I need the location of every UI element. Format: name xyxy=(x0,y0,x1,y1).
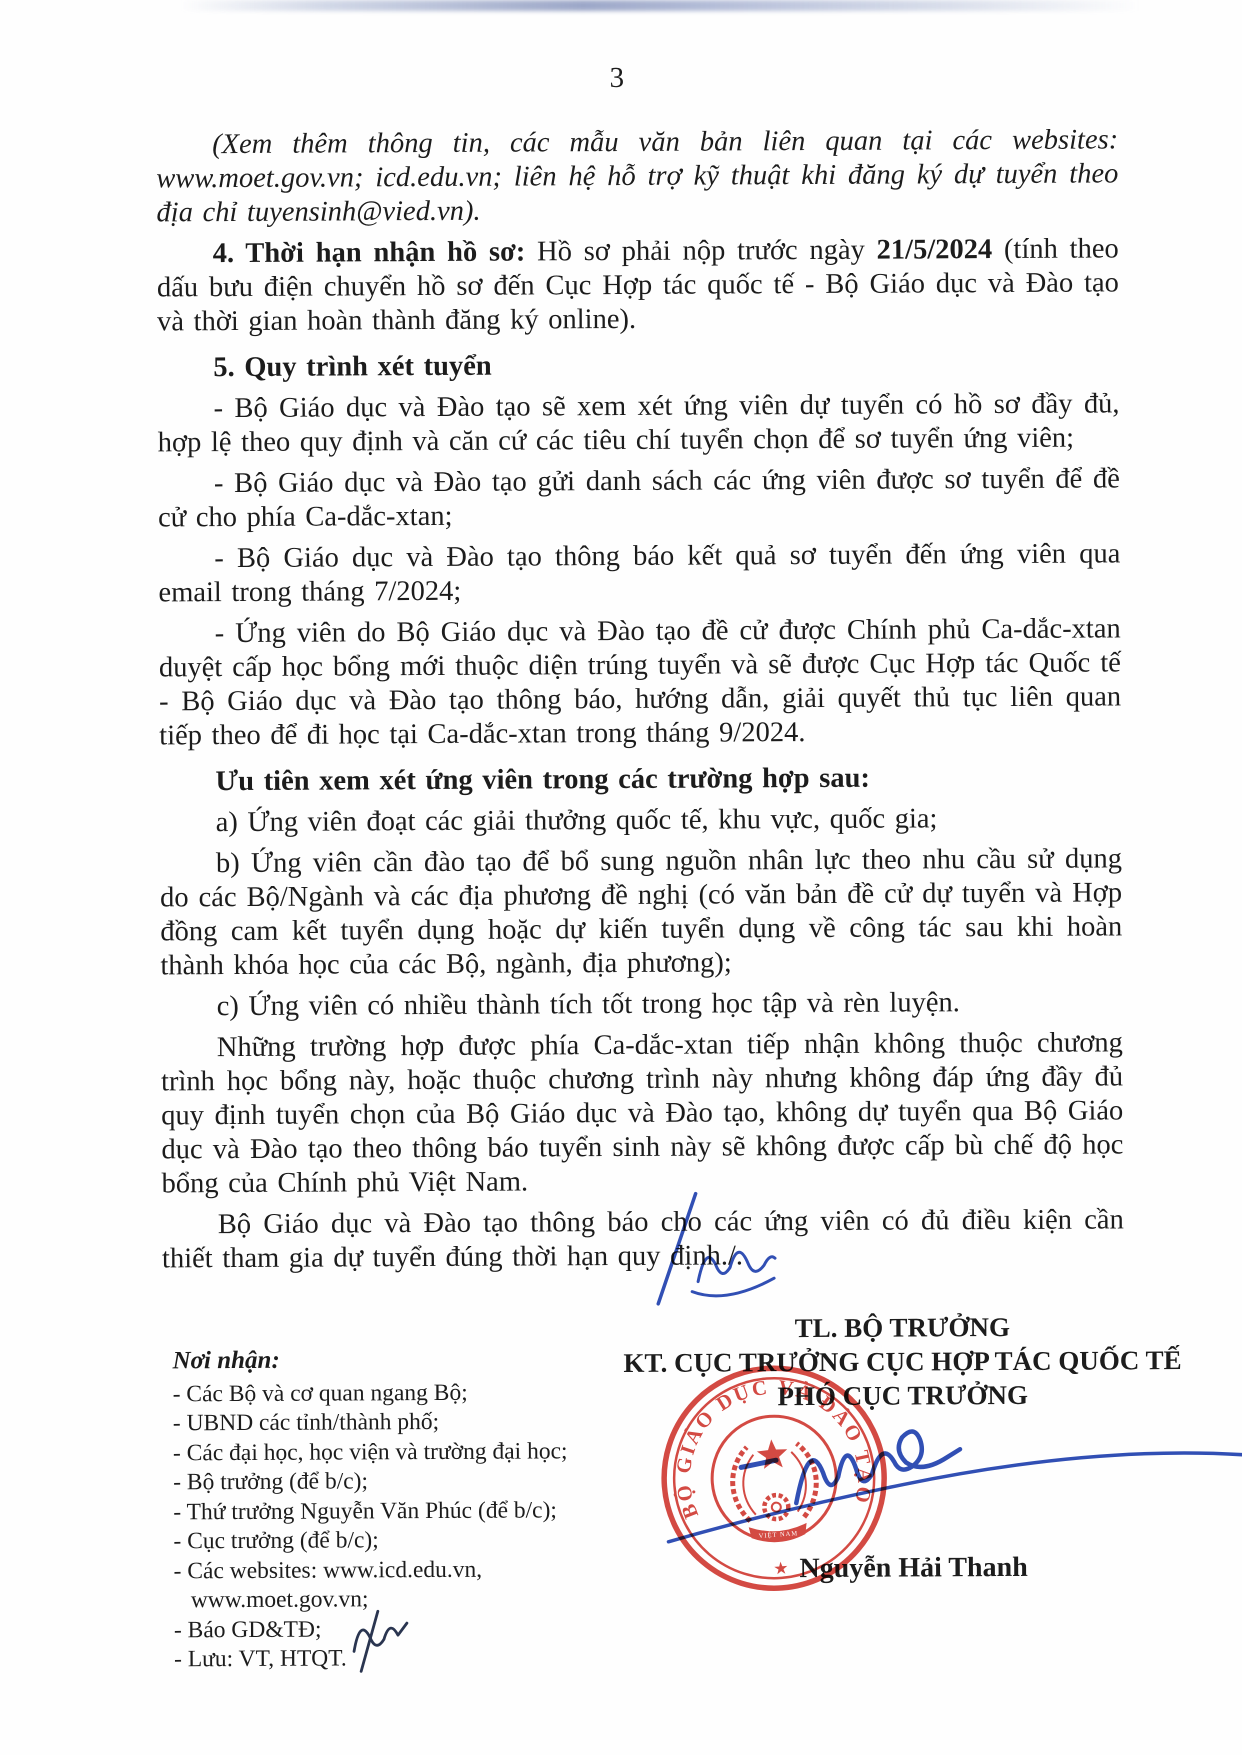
paragraph-step-4: - Ứng viên do Bộ Giáo dục và Đào tạo đề … xyxy=(159,612,1122,753)
recipient-item: - Thứ trưởng Nguyễn Văn Phúc (để b/c); xyxy=(173,1496,613,1528)
signature-loops-stroke xyxy=(796,1431,960,1503)
signature-dash-stroke xyxy=(741,1460,776,1467)
recipients-heading: Nơi nhận: xyxy=(172,1344,612,1376)
recipient-item: - Các Bộ và cơ quan ngang Bộ; xyxy=(173,1378,613,1410)
paragraph-step-1: - Bộ Giáo dục và Đào tạo sẽ xem xét ứng … xyxy=(157,387,1119,460)
initials-slash-stroke xyxy=(658,1194,697,1304)
document-body: (Xem thêm thông tin, các mẫu văn bản liê… xyxy=(156,123,1124,1276)
initials-loops-stroke xyxy=(698,1252,775,1281)
clerk-initials-descender xyxy=(361,1611,378,1671)
paragraph-section4: 4. Thời hạn nhận hồ sơ: Hồ sơ phải nộp t… xyxy=(157,232,1120,339)
paragraph-case-a: a) Ứng viên đoạt các giải thưởng quốc tế… xyxy=(160,801,1122,840)
clerk-initials xyxy=(334,1591,434,1677)
handwritten-signature xyxy=(603,1377,1242,1565)
approval-initials xyxy=(622,1179,823,1315)
paragraph-case-b: b) Ứng viên cần đào tạo để bổ sung nguồn… xyxy=(160,842,1123,983)
paragraph-case-c: c) Ứng viên có nhiều thành tích tốt tron… xyxy=(161,985,1123,1024)
paragraph-step-2: - Bộ Giáo dục và Đào tạo gửi danh sách c… xyxy=(158,462,1120,535)
section4-text1: Hồ sơ phải nộp trước ngày xyxy=(537,235,877,268)
recipient-item: - Cục trưởng (để b/c); xyxy=(173,1525,613,1557)
paragraph-note: Những trường hợp được phía Ca-dắc-xtan t… xyxy=(161,1026,1124,1201)
section4-deadline: 21/5/2024 xyxy=(877,234,993,266)
document-page: 3 (Xem thêm thông tin, các mẫu văn bản l… xyxy=(0,0,1242,1755)
recipient-item: - Bộ trưởng (để b/c); xyxy=(173,1466,613,1498)
recipient-item: - Các websites: www.icd.edu.vn, xyxy=(174,1555,614,1587)
heading-priority: Ưu tiên xem xét ứng viên trong các trườn… xyxy=(159,760,1121,799)
section4-label: 4. Thời hạn nhận hồ sơ: xyxy=(213,236,538,269)
heading-section5: 5. Quy trình xét tuyển xyxy=(157,346,1119,385)
initials-underline-stroke xyxy=(692,1278,774,1296)
paragraph-intro: (Xem thêm thông tin, các mẫu văn bản liê… xyxy=(156,123,1119,230)
recipient-item: - UBND các tỉnh/thành phố; xyxy=(173,1407,613,1439)
page-number: 3 xyxy=(0,59,1238,99)
recipient-item: - Các đại học, học viện và trường đại họ… xyxy=(173,1437,613,1469)
clerk-initials-loops xyxy=(354,1623,407,1651)
paragraph-step-3: - Bộ Giáo dục và Đào tạo thông báo kết q… xyxy=(158,537,1120,610)
